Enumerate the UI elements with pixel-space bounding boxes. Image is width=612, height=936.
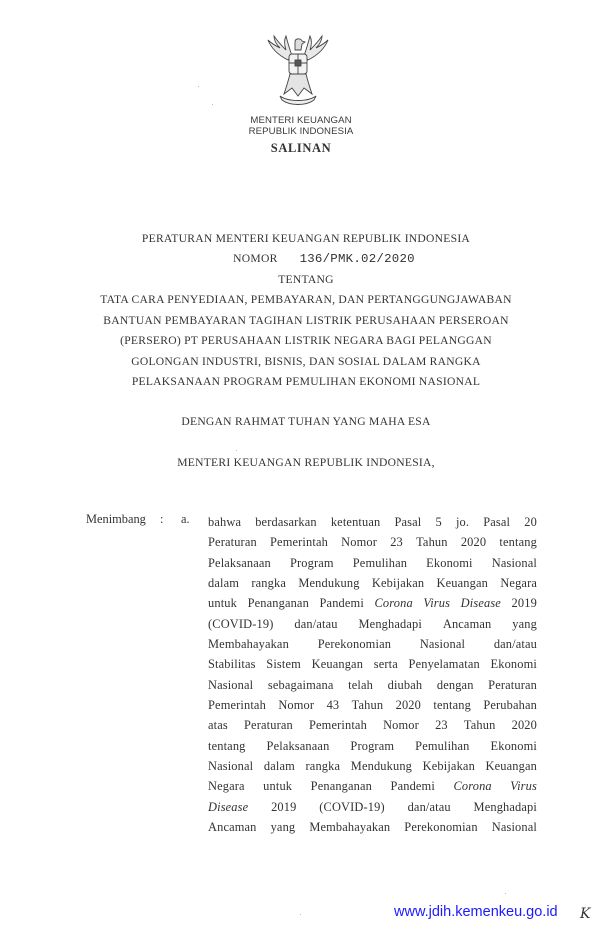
subject-line: TATA CARA PENYEDIAAN, PEMBAYARAN, DAN PE…	[0, 293, 612, 306]
nomor-label: NOMOR	[233, 252, 277, 265]
paragraph-line: StabilitasSistemKeuangansertaPenyelamata…	[208, 654, 537, 674]
paragraph-line: PelaksanaanProgramPemulihanEkonomiNasion…	[208, 553, 537, 573]
paragraph-line: AncamanyangMembahayakanPerekonomianNasio…	[208, 817, 537, 837]
scan-speck	[212, 104, 213, 105]
subject-line: (PERSERO) PT PERUSAHAAN LISTRIK NEGARA B…	[0, 334, 612, 347]
paragraph-line: (COVID-19)dan/atauMenghadapiAncamanyang	[208, 614, 537, 634]
item-letter: a.	[181, 512, 190, 527]
nomor-value: 136/PMK.02/2020	[300, 252, 415, 266]
subject-line: GOLONGAN INDUSTRI, BISNIS, DAN SOSIAL DA…	[0, 355, 612, 368]
ministry-line-2: REPUBLIK INDONESIA	[246, 127, 356, 138]
paragraph-line: atasPeraturanPemerintahNomor23Tahun2020	[208, 715, 537, 735]
paragraph-line: dalamrangkaMendukungKebijakanKeuanganNeg…	[208, 573, 537, 593]
scan-speck	[236, 450, 237, 451]
scan-speck	[505, 893, 506, 894]
paragraph-line: NasionaldalamrangkaMendukungKebijakanKeu…	[208, 756, 537, 776]
subject-line: BANTUAN PEMBAYARAN TAGIHAN LISTRIK PERUS…	[0, 314, 612, 327]
ministry-line-1: MENTERI KEUANGAN	[246, 116, 356, 127]
scan-speck	[300, 914, 301, 915]
jdih-website-link[interactable]: www.jdih.kemenkeu.go.id	[394, 904, 558, 920]
consideration-paragraph: bahwaberdasarkanketentuanPasal5jo.Pasal2…	[208, 512, 537, 838]
paragraph-line: bahwaberdasarkanketentuanPasal5jo.Pasal2…	[208, 512, 537, 532]
paragraph-line: NasionalsebagaimanatelahdiubahdenganPera…	[208, 675, 537, 695]
paragraph-line: untukPenangananPandemiCoronaVirusDisease…	[208, 593, 537, 613]
regulation-title: PERATURAN MENTERI KEUANGAN REPUBLIK INDO…	[0, 232, 612, 245]
section-colon: :	[160, 512, 163, 527]
paragraph-line: PeraturanPemerintahNomor23Tahun2020tenta…	[208, 532, 537, 552]
paragraph-line: MembahayakanPerekonomianNasionaldan/atau	[208, 634, 537, 654]
paragraph-line: Disease2019(COVID-19)dan/atauMenghadapi	[208, 797, 537, 817]
paragraph-line: NegarauntukPenangananPandemiCoronaVirus	[208, 776, 537, 796]
paraf-initial-mark: K	[580, 906, 590, 922]
subject-line: PELAKSANAAN PROGRAM PEMULIHAN EKONOMI NA…	[0, 375, 612, 388]
garuda-pancasila-emblem-icon	[258, 30, 338, 110]
invocation: DENGAN RAHMAT TUHAN YANG MAHA ESA	[0, 415, 612, 428]
scan-speck	[198, 86, 199, 87]
paragraph-line: PemerintahNomor43Tahun2020tentangPerubah…	[208, 695, 537, 715]
salinan-stamp: SALINAN	[246, 141, 356, 156]
ministry-heading: MENTERI KEUANGAN REPUBLIK INDONESIA	[246, 116, 356, 137]
paragraph-line: tentangPelaksanaanProgramPemulihanEkonom…	[208, 736, 537, 756]
regulation-number: NOMOR136/PMK.02/2020	[0, 252, 612, 266]
section-label: Menimbang	[86, 512, 146, 527]
tentang-label: TENTANG	[0, 273, 612, 286]
issuer: MENTERI KEUANGAN REPUBLIK INDONESIA,	[0, 456, 612, 469]
